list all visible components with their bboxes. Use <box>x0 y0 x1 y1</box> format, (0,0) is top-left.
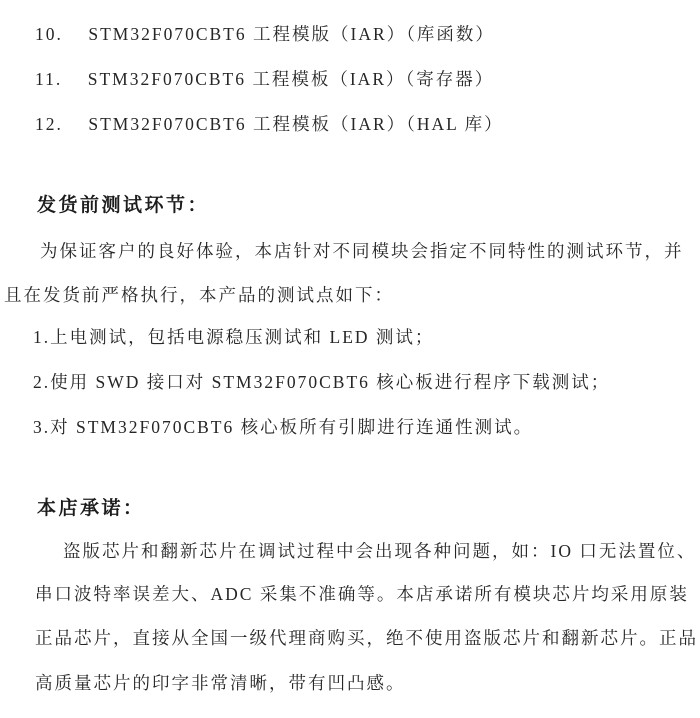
pretest-section-heading: 发货前测试环节： <box>37 193 209 219</box>
list-item-12: 12. STM32F070CBT6 工程模板（IAR）（HAL 库） <box>35 112 504 136</box>
promise-body-line-2: 串口波特率误差大、ADC 采集不准确等。本店承诺所有模块芯片均采用原装 <box>35 582 689 606</box>
list-item-11: 11. STM32F070CBT6 工程模板（IAR）（寄存器） <box>35 67 494 91</box>
promise-body-line-1: 盗版芯片和翻新芯片在调试过程中会出现各种问题，如：IO 口无法置位、 <box>63 539 696 563</box>
pretest-intro-line-2: 且在发货前严格执行，本产品的测试点如下： <box>4 283 394 307</box>
promise-body-line-4: 高质量芯片的印字非常清晰，带有凹凸感。 <box>35 671 406 695</box>
pretest-intro-line-1: 为保证客户的良好体验，本店针对不同模块会指定不同特性的测试环节，并 <box>40 239 684 263</box>
test-step-2: 2.使用 SWD 接口对 STM32F070CBT6 核心板进行程序下载测试； <box>33 370 610 394</box>
test-step-3: 3.对 STM32F070CBT6 核心板所有引脚进行连通性测试。 <box>33 415 533 439</box>
promise-section-heading: 本店承诺： <box>37 496 145 522</box>
list-item-10: 10. STM32F070CBT6 工程模版（IAR）（库函数） <box>35 22 495 46</box>
document-page: 10. STM32F070CBT6 工程模版（IAR）（库函数） 11. STM… <box>0 0 700 718</box>
promise-body-line-3: 正品芯片，直接从全国一级代理商购买，绝不使用盗版芯片和翻新芯片。正品 <box>35 626 698 650</box>
test-step-1: 1.上电测试，包括电源稳压测试和 LED 测试； <box>33 325 434 349</box>
